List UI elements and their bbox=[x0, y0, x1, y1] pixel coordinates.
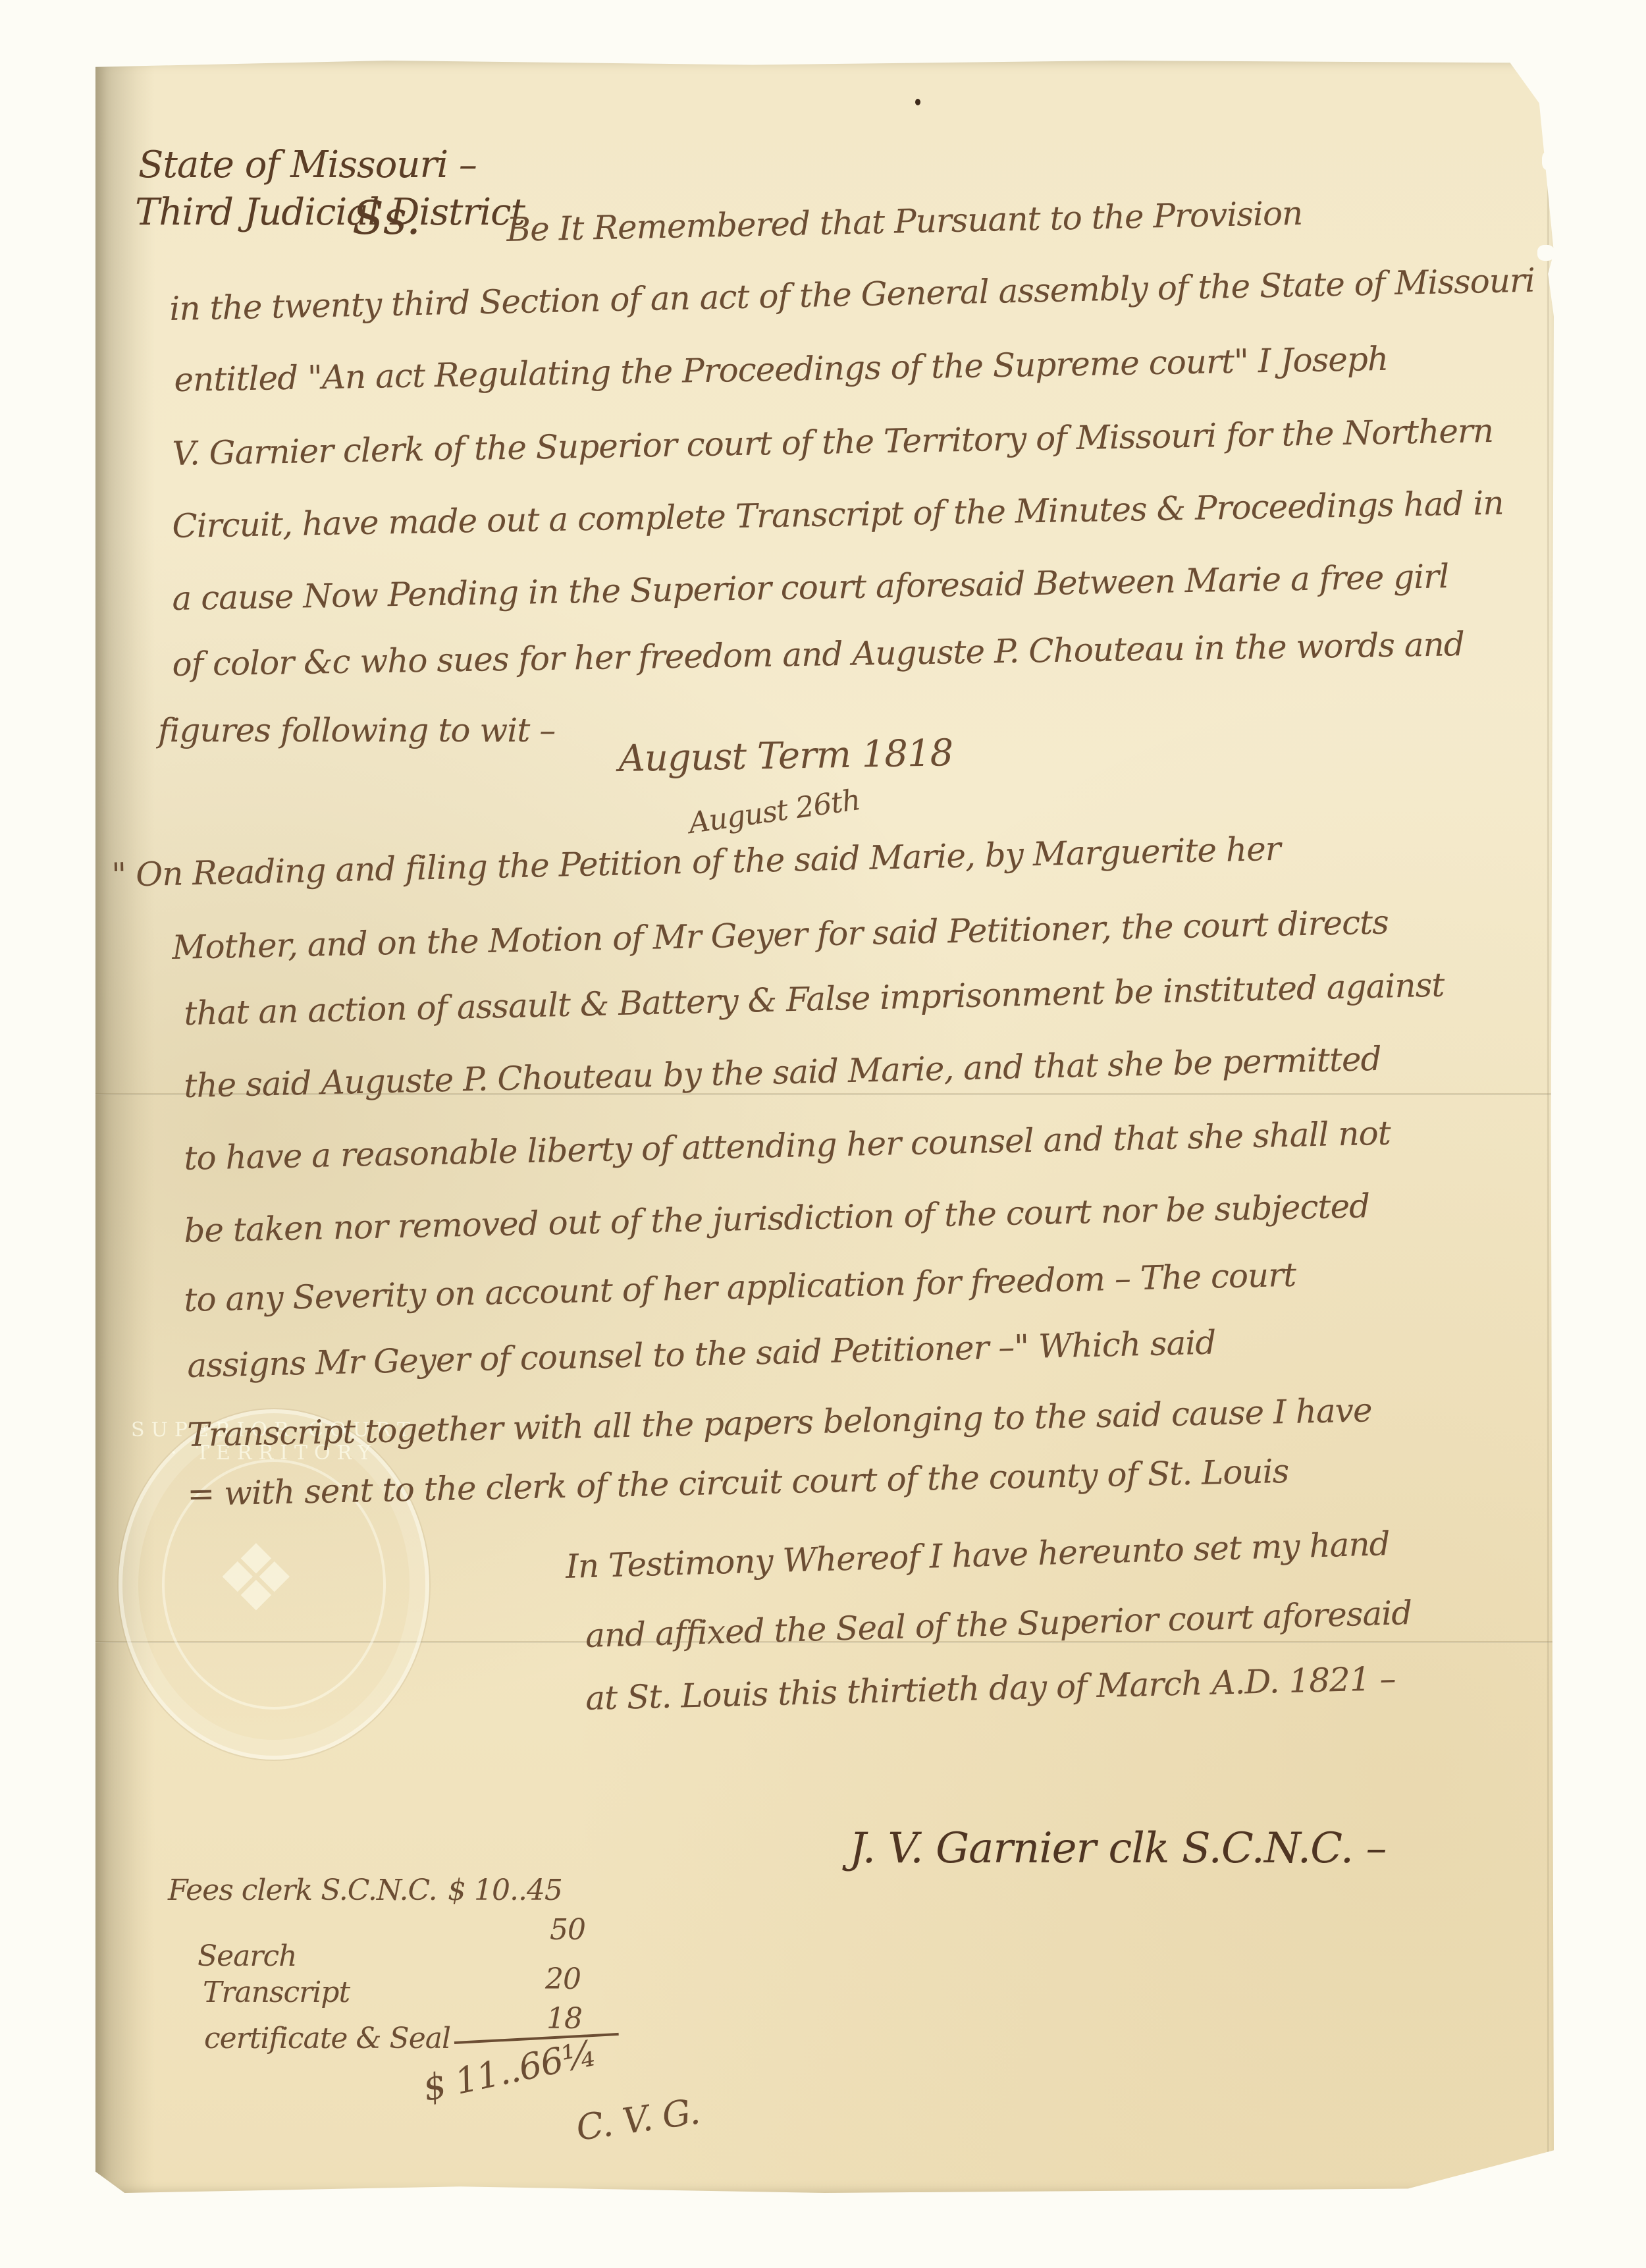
fee-label: Search bbox=[198, 1939, 296, 1973]
clerk-signature: J. V. Garnier clk S.C.N.C. – bbox=[849, 1824, 1386, 1873]
term-heading: August Term 1818 bbox=[618, 732, 953, 780]
header-ss: Ss. bbox=[352, 191, 420, 245]
header-state: State of Missouri – bbox=[138, 144, 477, 186]
fee-amount: 20 bbox=[545, 1962, 581, 1996]
fee-label: Fees clerk S.C.N.C. bbox=[168, 1874, 437, 1907]
eagle-emblem-icon: ❖ bbox=[215, 1525, 298, 1633]
fee-amount: $ 10..45 bbox=[448, 1874, 562, 1907]
fee-label: certificate & Seal bbox=[204, 2022, 450, 2055]
vertical-fold bbox=[1547, 61, 1549, 2193]
fee-amount: 18 bbox=[546, 2002, 582, 2036]
edge-stain bbox=[95, 61, 155, 2193]
ink-speck bbox=[915, 99, 920, 105]
fee-label: Transcript bbox=[203, 1976, 350, 2009]
embossed-seal: SUPERIOR COURT · TERRITORY ❖ bbox=[119, 1409, 429, 1760]
fee-amount: 50 bbox=[550, 1913, 585, 1947]
preamble-line: figures following to wit – bbox=[158, 711, 555, 749]
header-district: Third Judicial District bbox=[135, 191, 525, 234]
paper-tear bbox=[1537, 245, 1554, 261]
paper-tear bbox=[1542, 151, 1554, 170]
